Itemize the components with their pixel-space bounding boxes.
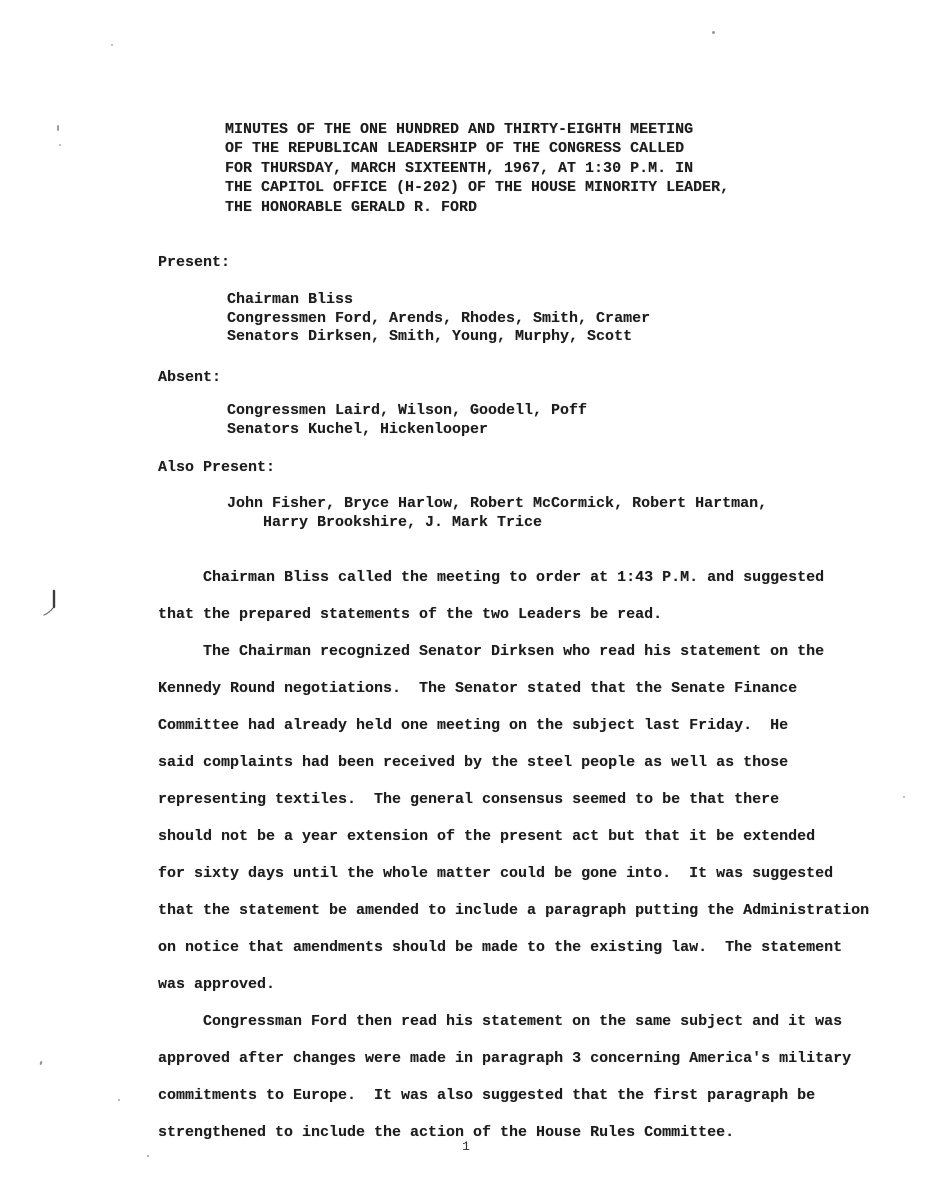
also-present-label: Also Present: — [158, 458, 378, 477]
present-label: Present: — [158, 253, 378, 272]
body-line: should not be a year extension of the pr… — [158, 818, 918, 855]
meeting-title-line: FOR THURSDAY, MARCH SIXTEENTH, 1967, AT … — [225, 159, 765, 178]
scanned-document-page: MINUTES OF THE ONE HUNDRED AND THIRTY-EI… — [0, 0, 931, 1200]
pen-mark — [42, 588, 60, 620]
scan-speck — [712, 31, 715, 34]
body-line: Chairman Bliss called the meeting to ord… — [158, 559, 918, 596]
meeting-title: MINUTES OF THE ONE HUNDRED AND THIRTY-EI… — [225, 120, 765, 217]
body-line: commitments to Europe. It was also sugge… — [158, 1077, 918, 1114]
absent-list-item: Senators Kuchel, Hickenlooper — [227, 421, 867, 440]
meeting-title-line: OF THE REPUBLICAN LEADERSHIP OF THE CONG… — [225, 139, 765, 158]
present-list-item: Senators Dirksen, Smith, Young, Murphy, … — [227, 328, 867, 347]
absent-label: Absent: — [158, 368, 378, 387]
body-line: was approved. — [158, 966, 918, 1003]
absent-list-item: Congressmen Laird, Wilson, Goodell, Poff — [227, 402, 867, 421]
absent-list: Congressmen Laird, Wilson, Goodell, Poff… — [227, 402, 867, 439]
also-present-list-item: John Fisher, Bryce Harlow, Robert McCorm… — [227, 495, 867, 514]
body-line: approved after changes were made in para… — [158, 1040, 918, 1077]
body-line: The Chairman recognized Senator Dirksen … — [158, 633, 918, 670]
minutes-body: Chairman Bliss called the meeting to ord… — [158, 559, 918, 1151]
scan-speck — [118, 1099, 120, 1101]
also-present-list: John Fisher, Bryce Harlow, Robert McCorm… — [227, 495, 867, 532]
scan-speck — [39, 1061, 42, 1065]
scan-speck — [57, 125, 59, 131]
scan-speck — [111, 44, 113, 46]
present-list-item: Congressmen Ford, Arends, Rhodes, Smith,… — [227, 310, 867, 329]
scan-speck — [147, 1155, 149, 1157]
meeting-title-line: THE HONORABLE GERALD R. FORD — [225, 198, 765, 217]
meeting-title-line: MINUTES OF THE ONE HUNDRED AND THIRTY-EI… — [225, 120, 765, 139]
present-list-item: Chairman Bliss — [227, 291, 867, 310]
body-line: said complaints had been received by the… — [158, 744, 918, 781]
body-line: Kennedy Round negotiations. The Senator … — [158, 670, 918, 707]
body-line: for sixty days until the whole matter co… — [158, 855, 918, 892]
body-line: strengthened to include the action of th… — [158, 1114, 918, 1151]
scan-speck — [59, 144, 61, 146]
body-line: on notice that amendments should be made… — [158, 929, 918, 966]
page-number: 1 — [420, 1139, 512, 1154]
body-line: that the prepared statements of the two … — [158, 596, 918, 633]
also-present-list-item: Harry Brookshire, J. Mark Trice — [227, 514, 867, 533]
body-line: representing textiles. The general conse… — [158, 781, 918, 818]
body-line: that the statement be amended to include… — [158, 892, 918, 929]
present-list: Chairman Bliss Congressmen Ford, Arends,… — [227, 291, 867, 347]
meeting-title-line: THE CAPITOL OFFICE (H-202) OF THE HOUSE … — [225, 178, 765, 197]
body-line: Committee had already held one meeting o… — [158, 707, 918, 744]
scan-speck — [903, 796, 905, 798]
body-line: Congressman Ford then read his statement… — [158, 1003, 918, 1040]
